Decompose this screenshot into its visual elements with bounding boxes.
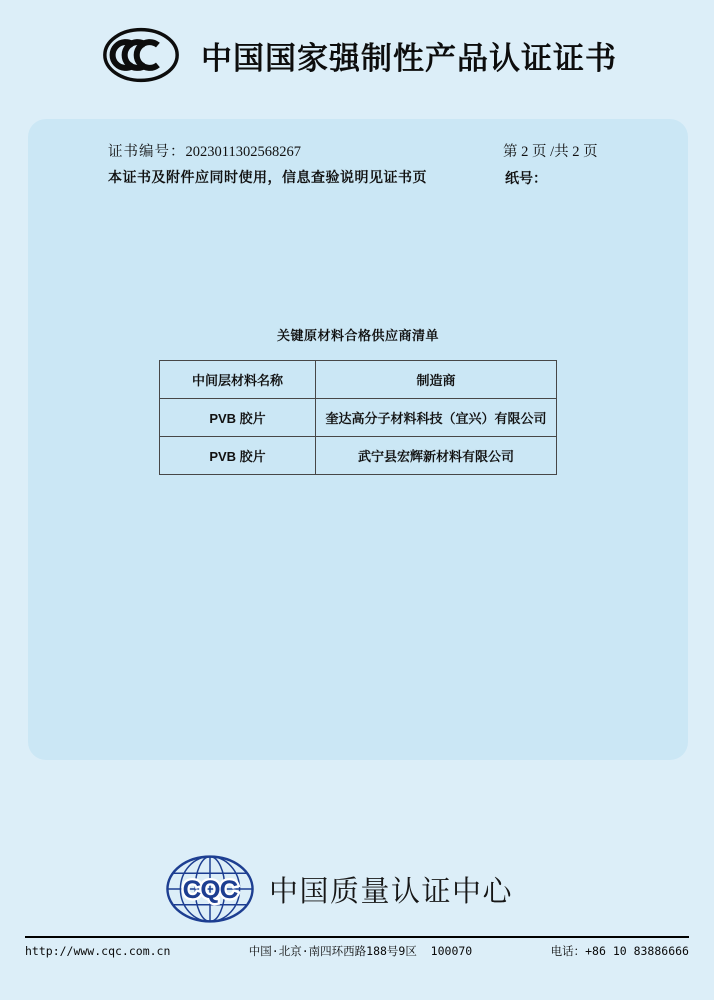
material-cell: PVB 胶片 — [160, 437, 316, 475]
address: 中国·北京·南四环西路188号9区 100070 — [249, 943, 472, 959]
certificate-number-label: 证书编号： — [108, 144, 186, 160]
column-header-manufacturer: 制造商 — [316, 361, 557, 399]
paper-number-label: 纸号： — [505, 168, 547, 188]
supplier-table: 中间层材料名称 制造商 PVB 胶片 奎达高分子材料科技（宜兴）有限公司 PVB… — [159, 360, 557, 475]
cqc-globe-icon: CQC — [163, 852, 257, 926]
header: 中国国家强制性产品认证证书 — [0, 22, 714, 88]
table-header-row: 中间层材料名称 制造商 — [160, 361, 557, 399]
manufacturer-cell: 奎达高分子材料科技（宜兴）有限公司 — [316, 399, 557, 437]
material-cell: PVB 胶片 — [160, 399, 316, 437]
manufacturer-cell: 武宁县宏辉新材料有限公司 — [316, 437, 557, 475]
table-row: PVB 胶片 奎达高分子材料科技（宜兴）有限公司 — [160, 399, 557, 437]
table-row: PVB 胶片 武宁县宏辉新材料有限公司 — [160, 437, 557, 475]
svg-text:CQC: CQC — [183, 876, 238, 904]
phone-number: 电话：+86 10 83886666 — [551, 943, 689, 959]
bottom-bar: http://www.cqc.com.cn 中国·北京·南四环西路188号9区 … — [25, 936, 689, 959]
page-indicator: 第 2 页 /共 2 页 — [503, 140, 598, 161]
ccc-mark-icon — [97, 24, 185, 86]
supplier-list-title: 关键原材料合格供应商清单 — [28, 325, 688, 344]
organization-name: 中国质量认证中心 — [269, 869, 513, 910]
certificate-number-value: 2023011302568267 — [186, 144, 301, 160]
footer: CQC 中国质量认证中心 — [163, 851, 513, 927]
page-title: 中国国家强制性产品认证证书 — [201, 33, 617, 78]
usage-note: 本证书及附件应同时使用，信息查验说明见证书页 — [108, 167, 427, 187]
column-header-material: 中间层材料名称 — [160, 361, 316, 399]
certificate-panel: 证书编号：2023011302568267 第 2 页 /共 2 页 本证书及附… — [28, 119, 688, 760]
certificate-number: 证书编号：2023011302568267 — [108, 140, 301, 161]
website-url: http://www.cqc.com.cn — [25, 944, 170, 958]
